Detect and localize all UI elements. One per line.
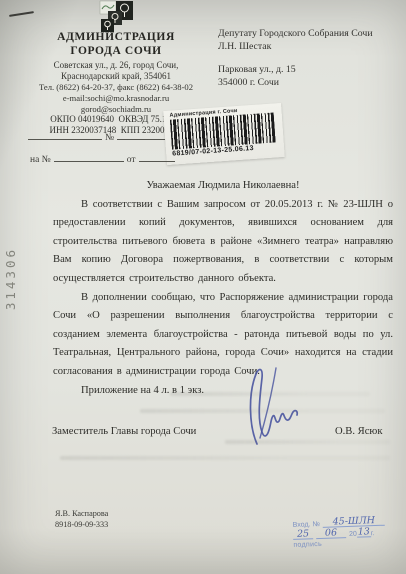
stamp-date-month: 06: [325, 527, 337, 538]
stamp-signature-label: подпись: [293, 538, 403, 549]
recipient-name: Л.Н. Шестак: [218, 40, 398, 53]
pen-mark: [9, 11, 34, 17]
signer-name: О.В. Ясюк: [335, 426, 383, 437]
outgoing-date-blank: [28, 131, 102, 140]
org-address-line2: Краснодарский край, 354061: [14, 71, 218, 82]
signer-title: Заместитель Главы города Сочи: [52, 426, 196, 437]
spacer: [218, 53, 398, 63]
body-paragraph-2: В дополнении сообщаю, что Распоряжение а…: [53, 289, 393, 382]
registration-stamp-number: 314306: [3, 247, 18, 310]
bleed-through-line: [170, 392, 370, 396]
recipient-city: 354000 г. Сочи: [218, 76, 398, 89]
number-sign-label: №: [102, 133, 117, 143]
recipient-street: Парковая ул., д. 15: [218, 63, 398, 76]
reference-number-blank: [54, 153, 124, 162]
org-name-line1: АДМИНИСТРАЦИЯ: [14, 30, 218, 44]
executor-name: Я.В. Каспарова: [55, 508, 108, 519]
letter-body: Уважаемая Людмила Николаевна! В соответс…: [53, 177, 393, 400]
na-number-label: на №: [27, 155, 54, 165]
handwritten-signature: [243, 366, 321, 450]
org-email-line1: e-mail:sochi@mo.krasnodar.ru: [14, 93, 218, 104]
stamp-date-year: 13: [358, 526, 370, 537]
bleed-through-line: [225, 440, 390, 444]
salutation: Уважаемая Людмила Николаевна!: [53, 177, 393, 196]
attachment-note: Приложение на 4 л. в 1 экз.: [53, 382, 393, 401]
barcode-sticker: Администрация г. Сочи 6819/07-02-13-25.0…: [163, 103, 284, 165]
stamp-date-day: 25: [297, 528, 309, 539]
org-name-line2: ГОРОДА СОЧИ: [14, 44, 218, 58]
recipient-title: Депутату Городского Собрания Сочи: [218, 27, 398, 40]
reference-date-blank: [139, 153, 175, 162]
stamp-century-prefix: 20: [349, 531, 357, 538]
incoming-reference-line: на №от: [27, 153, 175, 165]
outgoing-number-line: №: [28, 131, 165, 143]
org-phone-line: Тел. (8622) 64-20-37, факс (8622) 64-38-…: [14, 82, 218, 93]
bleed-through-line: [140, 409, 385, 413]
recipient-block: Депутату Городского Собрания Сочи Л.Н. Ш…: [218, 27, 398, 89]
scanned-letter-page: АДМИНИСТРАЦИЯ ГОРОДА СОЧИ Советская ул.,…: [0, 0, 406, 574]
ot-label: от: [124, 155, 139, 165]
incoming-stamp: Вход. № 45-ШЛН 25 06 2013 г. подпись: [293, 516, 404, 549]
org-address-line1: Советская ул., д. 26, город Сочи,: [14, 60, 218, 71]
executor-block: Я.В. Каспарова 8918-09-09-333: [55, 508, 108, 530]
body-paragraph-1: В соответствии с Вашим запросом от 20.05…: [53, 196, 393, 289]
stamp-year-suffix: г.: [371, 530, 375, 537]
bleed-through-line: [60, 456, 390, 460]
outgoing-number-blank: [117, 131, 165, 140]
executor-phone: 8918-09-09-333: [55, 519, 108, 530]
